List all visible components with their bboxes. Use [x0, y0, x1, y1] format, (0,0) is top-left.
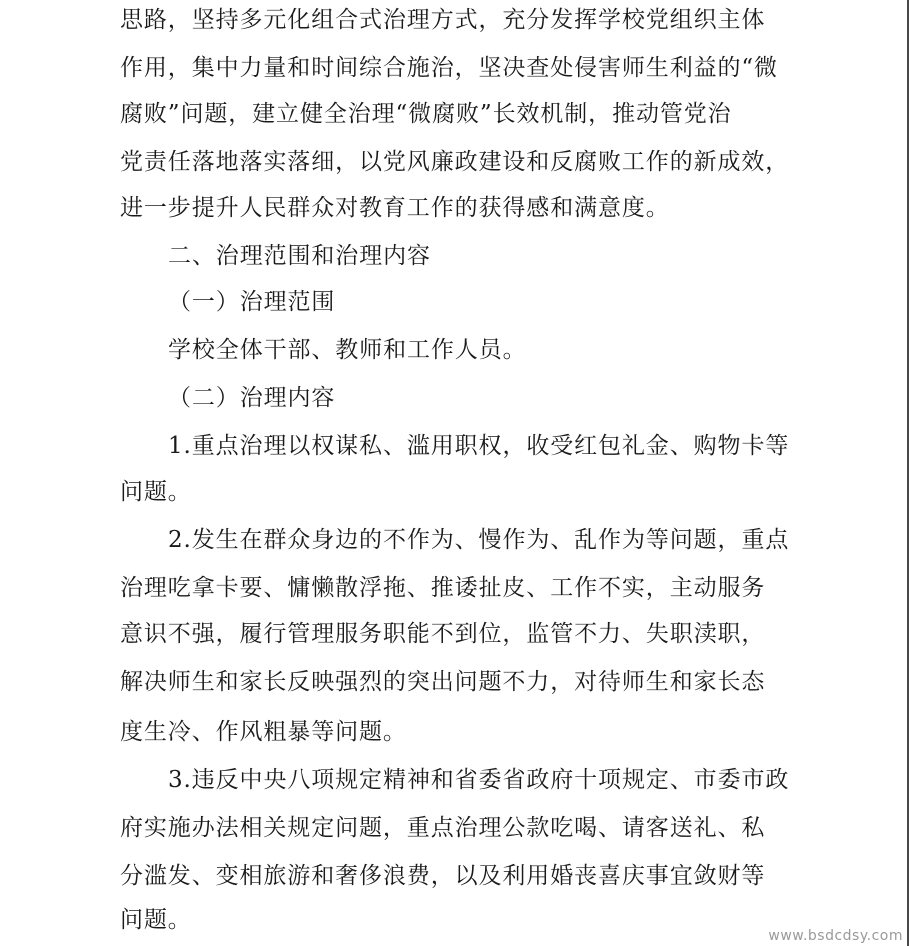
text-line: 腐败”问题，建立健全治理“微腐败”长效机制，推动管党治: [120, 99, 800, 129]
watermark: www.bsdcdsy.com: [768, 928, 903, 944]
text-line: 2.发生在群众身边的不作为、慢作为、乱作为等问题，重点: [168, 525, 848, 555]
text-line: 解决师生和家长反映强烈的突出问题不力，对待师生和家长态: [120, 667, 800, 697]
text-line: 思路，坚持多元化组合式治理方式，充分发挥学校党组织主体: [120, 5, 800, 35]
text-line: 问题。: [120, 477, 800, 507]
text-line: 党责任落地落实落细，以党风廉政建设和反腐败工作的新成效，: [120, 147, 800, 177]
text-line: 学校全体干部、教师和工作人员。: [168, 335, 848, 365]
text-line: 3.违反中央八项规定精神和省委省政府十项规定、市委市政: [168, 765, 848, 795]
text-line: 分滥发、变相旅游和奢侈浪费，以及利用婚丧喜庆事宜敛财等: [120, 861, 800, 891]
text-line: 问题。: [120, 905, 800, 935]
text-line: 进一步提升人民群众对教育工作的获得感和满意度。: [120, 193, 800, 223]
document-page: 思路，坚持多元化组合式治理方式，充分发挥学校党组织主体作用，集中力量和时间综合施…: [0, 0, 909, 946]
text-line: 作用，集中力量和时间综合施治，坚决查处侵害师生利益的“微: [120, 53, 800, 83]
text-line: （二）治理内容: [168, 383, 848, 413]
text-line: 府实施办法相关规定问题，重点治理公款吃喝、请客送礼、私: [120, 813, 800, 843]
text-line: 治理吃拿卡要、慵懒散浮拖、推诿扯皮、工作不实，主动服务: [120, 573, 800, 603]
text-line: 1.重点治理以权谋私、滥用职权，收受红包礼金、购物卡等: [168, 431, 848, 461]
text-line: （一）治理范围: [168, 287, 848, 317]
text-line: 度生冷、作风粗暴等问题。: [120, 717, 800, 747]
text-line: 意识不强，履行管理服务职能不到位，监管不力、失职渎职，: [120, 619, 800, 649]
text-line: 二、治理范围和治理内容: [168, 241, 848, 271]
